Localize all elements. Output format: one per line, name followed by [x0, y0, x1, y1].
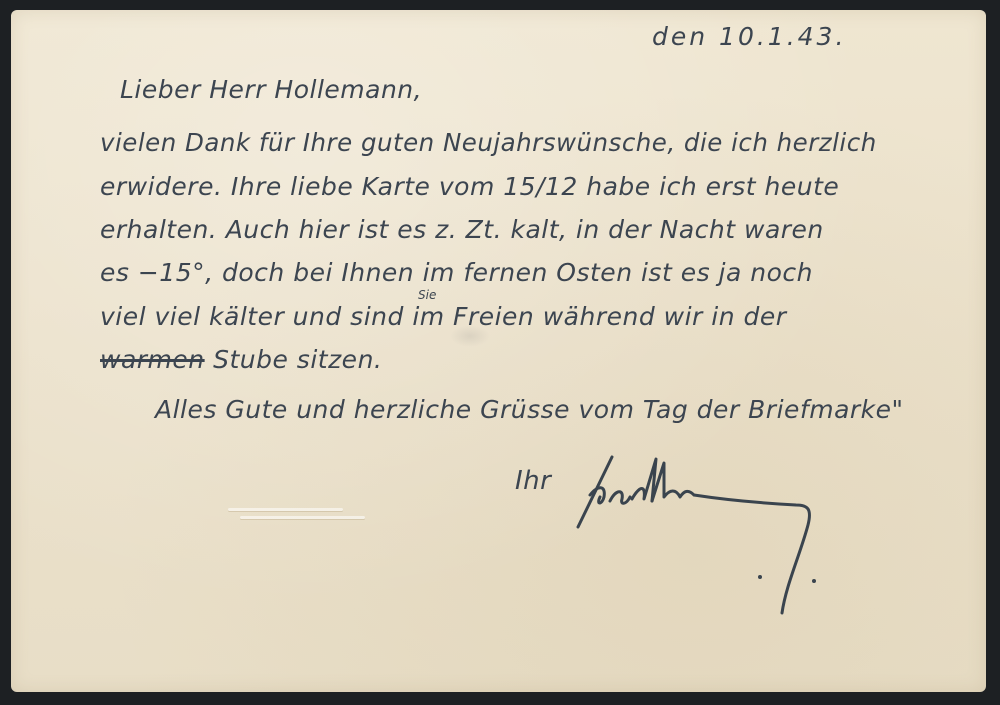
- body-line-4: es −15°, doch bei Ihnen im fernen Osten …: [100, 258, 813, 287]
- date-line: den 10.1.43.: [652, 22, 846, 51]
- body-line-6: warmen Stube sitzen.: [100, 345, 382, 374]
- signature-scribble: [560, 445, 920, 615]
- body-line-5: viel viel kälter und sind im Freien währ…: [100, 302, 787, 331]
- signature-prefix: Ihr: [515, 466, 551, 496]
- body-line-6-text: Stube sitzen.: [213, 345, 382, 374]
- scan-background: den 10.1.43. Lieber Herr Hollemann, viel…: [0, 0, 1000, 705]
- body-line-1: vielen Dank für Ihre guten Neujahrswünsc…: [100, 128, 877, 157]
- inserted-word: Sie: [418, 288, 436, 302]
- struck-word: warmen: [100, 345, 205, 374]
- body-line-2: erwidere. Ihre liebe Karte vom 15/12 hab…: [100, 172, 839, 201]
- body-line-3: erhalten. Auch hier ist es z. Zt. kalt, …: [100, 215, 824, 244]
- closing-line: Alles Gute und herzliche Grüsse vom Tag …: [155, 395, 904, 424]
- embossed-mark: [240, 516, 365, 519]
- faint-embossed-text: [210, 570, 221, 595]
- embossed-mark: [228, 508, 343, 511]
- salutation: Lieber Herr Hollemann,: [120, 75, 422, 104]
